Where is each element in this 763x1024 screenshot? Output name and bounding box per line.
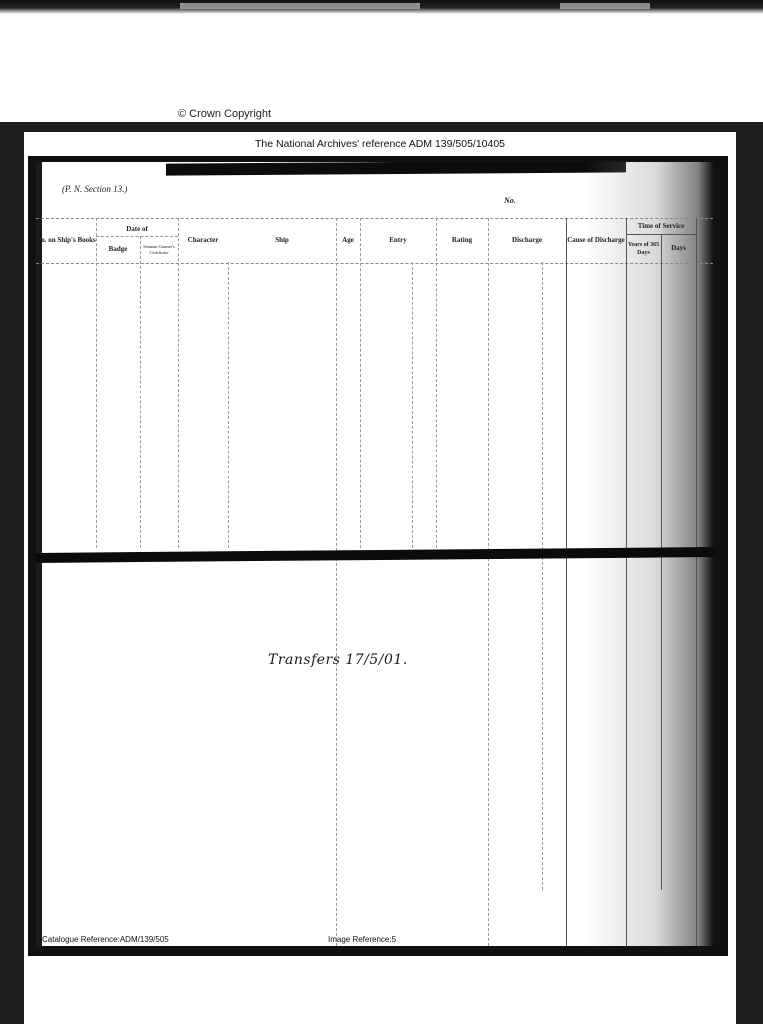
paper-form: (P. N. Section 13.) No. No. on Ship's Bo… <box>36 162 714 946</box>
handwritten-note: Transfers 17/5/01. <box>268 652 408 668</box>
column-rule <box>626 218 627 946</box>
previous-page-scan-strip <box>0 0 763 14</box>
col-years: Years of 365 Days <box>626 235 661 263</box>
col-cause-of-discharge: Cause of Discharge <box>566 219 626 263</box>
column-rule <box>661 234 662 890</box>
column-rule <box>96 218 97 548</box>
column-rule <box>336 218 337 946</box>
catalogue-reference: Catalogue Reference:ADM/139/505 <box>42 935 169 944</box>
column-rule <box>228 262 229 548</box>
archive-reference: The National Archives' reference ADM 139… <box>24 138 736 150</box>
page-top-edge <box>166 162 626 176</box>
copyright-notice: © Crown Copyright <box>178 108 271 120</box>
col-rating: Rating <box>436 219 488 263</box>
col-discharge: Discharge <box>488 219 566 263</box>
image-reference: Image Reference:5 <box>328 935 396 944</box>
col-seaman-gunner-certificate: Seaman Gunner's Certificate <box>140 237 178 263</box>
column-rule <box>696 218 697 946</box>
column-rule <box>140 236 141 548</box>
col-badge: Badge <box>96 237 140 263</box>
form-number-label: No. <box>504 196 516 205</box>
column-rule <box>436 218 437 548</box>
column-rule <box>412 262 413 548</box>
column-rule <box>542 262 543 890</box>
column-rule <box>566 218 567 946</box>
col-age: Age <box>336 219 360 263</box>
scan-noise <box>560 3 650 9</box>
col-ship: Ship <box>228 219 336 263</box>
column-rule <box>360 218 361 548</box>
column-rule <box>178 218 179 548</box>
col-entry: Entry <box>360 219 436 263</box>
col-days: Days <box>661 235 696 263</box>
form-code: (P. N. Section 13.) <box>62 184 127 194</box>
col-ships-books: No. on Ship's Books <box>36 219 96 263</box>
table-header: No. on Ship's Books Date of Badge Seaman… <box>36 218 714 264</box>
scan-noise <box>180 3 420 9</box>
col-time-of-service: Time of Service <box>626 219 696 235</box>
rule <box>96 236 178 237</box>
column-rule <box>488 218 489 946</box>
col-character: Character <box>178 219 228 263</box>
scanned-page: (P. N. Section 13.) No. No. on Ship's Bo… <box>28 156 728 956</box>
